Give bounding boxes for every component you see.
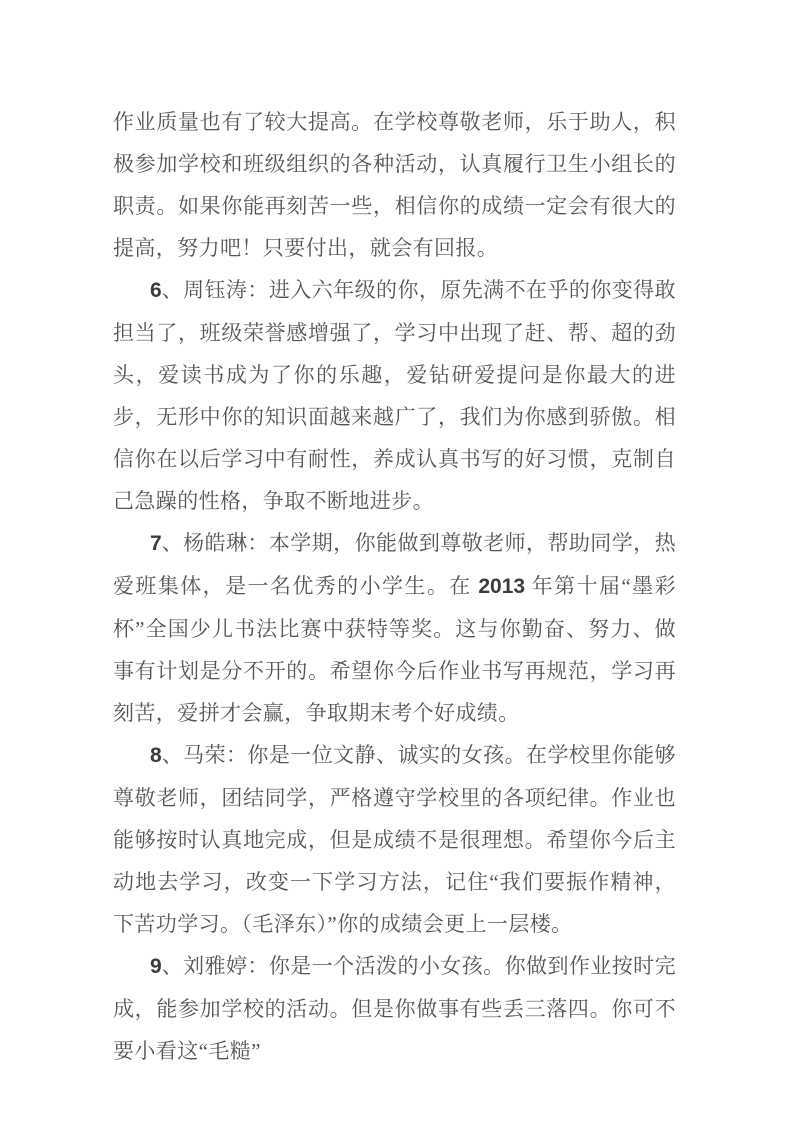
paragraph-text: 、马荣：你是一位文静、诚实的女孩。在学校里你能够尊敬老师，团结同学，严格遵守学校… [113, 743, 676, 936]
paragraph: 作业质量也有了较大提高。在学校尊敬老师，乐于助人，积极参加学校和班级组织的各种活… [113, 101, 676, 269]
document-page: 作业质量也有了较大提高。在学校尊敬老师，乐于助人，积极参加学校和班级组织的各种活… [0, 0, 793, 1122]
arabic-numeral: 7 [150, 532, 162, 555]
paragraph-text: 、周钰涛：进入六年级的你，原先满不在乎的你变得敢担当了，班级荣誉感增强了，学习中… [113, 278, 676, 513]
paragraph: 6、周钰涛：进入六年级的你，原先满不在乎的你变得敢担当了，班级荣誉感增强了，学习… [113, 269, 676, 522]
paragraph-text: 、刘雅婷：你是一个活泼的小女孩。你做到作业按时完成，能参加学校的活动。但是你做事… [113, 954, 676, 1063]
arabic-numeral: 9 [150, 955, 162, 978]
text-column: 作业质量也有了较大提高。在学校尊敬老师，乐于助人，积极参加学校和班级组织的各种活… [113, 101, 676, 1072]
paragraph: 7、杨皓琳：本学期，你能做到尊敬老师，帮助同学，热爱班集体，是一名优秀的小学生。… [113, 522, 676, 734]
paragraph-text: 作业质量也有了较大提高。在学校尊敬老师，乐于助人，积极参加学校和班级组织的各种活… [113, 110, 676, 260]
arabic-numeral: 2013 [478, 575, 525, 598]
arabic-numeral: 8 [150, 744, 162, 767]
paragraph: 8、马荣：你是一位文静、诚实的女孩。在学校里你能够尊敬老师，团结同学，严格遵守学… [113, 734, 676, 945]
arabic-numeral: 6 [150, 279, 162, 302]
paragraph: 9、刘雅婷：你是一个活泼的小女孩。你做到作业按时完成，能参加学校的活动。但是你做… [113, 945, 676, 1072]
